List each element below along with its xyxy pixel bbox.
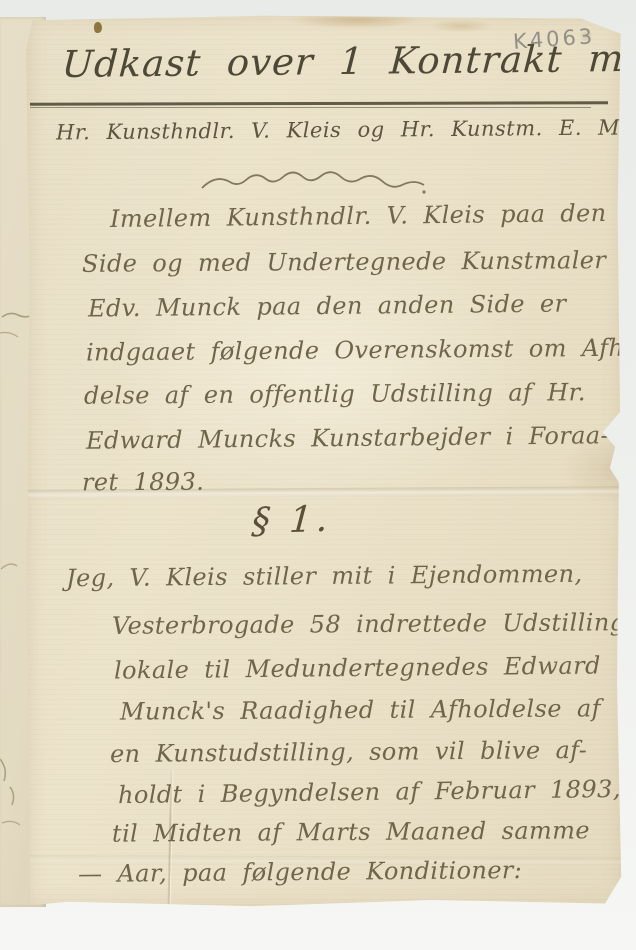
manuscript-line: en Kunstudstilling, som vil blive af- <box>110 736 587 768</box>
ink-blot <box>94 22 102 33</box>
document-title: Udkast over 1 Kontrakt mellem <box>61 37 624 86</box>
manuscript-line: til Midten af Marts Maaned samme <box>112 816 590 847</box>
manuscript-page: K4063 Udkast over 1 Kontrakt mellem Hr. … <box>26 14 623 908</box>
manuscript-line: — Aar, paa følgende Konditioner: <box>78 856 522 888</box>
manuscript-line: Jeg, V. Kleis stiller mit i Ejendommen, <box>66 560 583 593</box>
manuscript-line: Munck's Raadighed til Afholdelse af <box>120 694 601 725</box>
manuscript-line: Edv. Munck paa den anden Side er <box>88 289 567 322</box>
parties-line: Hr. Kunsthndlr. V. Kleis og Hr. Kunstm. … <box>56 116 616 145</box>
manuscript-line: Side og med Undertegnede Kunstmaler <box>82 246 606 278</box>
manuscript-line: lokale til Medundertegnedes Edward <box>114 651 601 684</box>
photo-backdrop: K4063 Udkast over 1 Kontrakt mellem Hr. … <box>0 0 636 950</box>
title-underline <box>30 102 608 108</box>
manuscript-line: delse af en offentlig Udstilling af Hr. <box>84 378 586 410</box>
manuscript-line: Imellem Kunsthndlr. V. Kleis paa den <box>110 199 607 233</box>
manuscript-line: holdt i Begyndelsen af Februar 1893, <box>118 775 621 809</box>
manuscript-line: ret 1893. <box>82 468 204 497</box>
flourish-divider-icon <box>198 170 428 196</box>
manuscript-line: Vesterbrogade 58 indrettede Udstillings- <box>112 608 636 640</box>
section-heading: § 1. <box>251 499 334 543</box>
manuscript-line: Edward Muncks Kunstarbejder i Foraa- <box>86 421 609 454</box>
manuscript-line: indgaaet følgende Overenskomst om Afhol- <box>86 334 636 367</box>
